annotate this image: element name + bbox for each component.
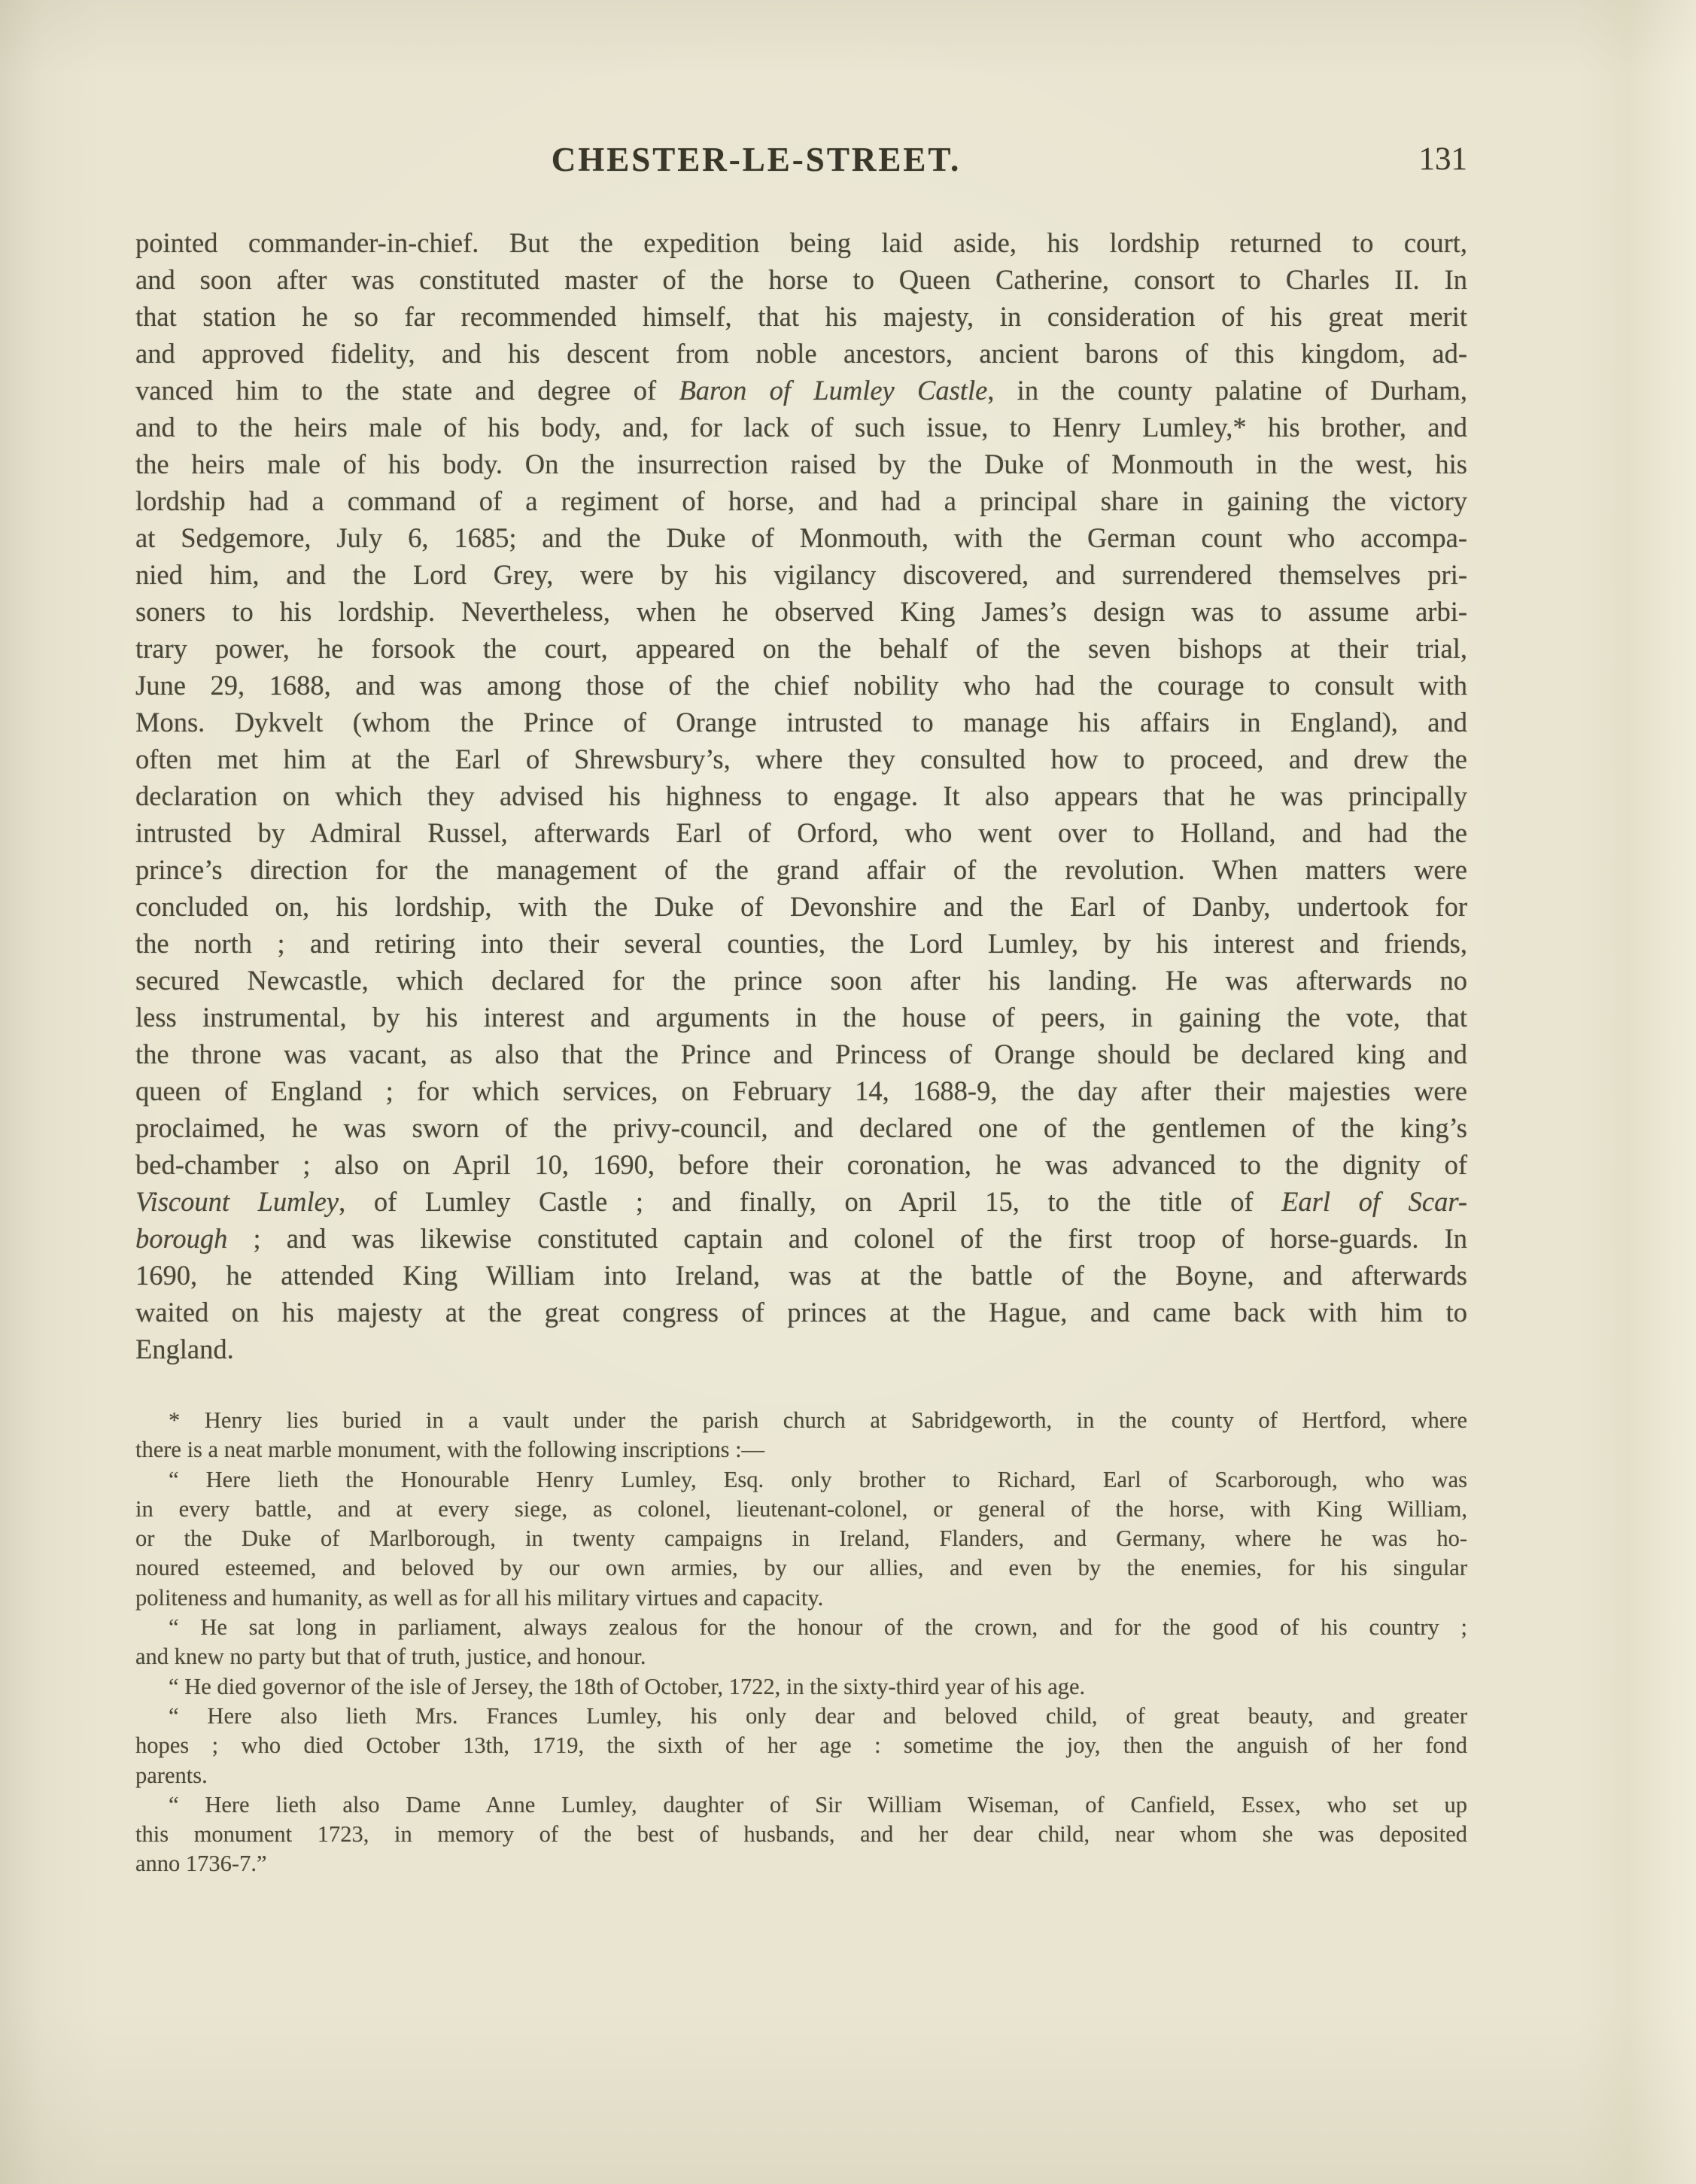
page-header: CHESTER-LE-STREET. 131 (135, 140, 1467, 185)
text-line: England. (135, 1331, 1467, 1367)
text-line: “ Here also lieth Mrs. Frances Lumley, h… (135, 1702, 1467, 1731)
text-line: Mons. Dykvelt (whom the Prince of Orange… (135, 704, 1467, 741)
text-line: politeness and humanity, as well as for … (135, 1583, 1467, 1613)
text-line: * Henry lies buried in a vault under the… (135, 1406, 1467, 1435)
text-line: June 29, 1688, and was among those of th… (135, 667, 1467, 704)
text-line: intrusted by Admiral Russel, afterwards … (135, 814, 1467, 851)
text-line: Viscount Lumley, of Lumley Castle ; and … (135, 1183, 1467, 1220)
text-line: the heirs male of his body. On the insur… (135, 446, 1467, 482)
text-line: “ He died governor of the isle of Jersey… (135, 1672, 1467, 1702)
text-line: nied him, and the Lord Grey, were by his… (135, 556, 1467, 593)
text-line: and approved fidelity, and his descent f… (135, 335, 1467, 372)
text-line: at Sedgemore, July 6, 1685; and the Duke… (135, 519, 1467, 556)
running-head-title: CHESTER-LE-STREET. (90, 140, 1422, 179)
text-line: bed-chamber ; also on April 10, 1690, be… (135, 1146, 1467, 1183)
text-line: waited on his majesty at the great congr… (135, 1294, 1467, 1331)
text-line: and to the heirs male of his body, and, … (135, 409, 1467, 446)
footnote-block: * Henry lies buried in a vault under the… (135, 1406, 1467, 1879)
text-line: parents. (135, 1761, 1467, 1790)
text-line: “ Here lieth also Dame Anne Lumley, daug… (135, 1790, 1467, 1820)
text-line: prince’s direction for the management of… (135, 851, 1467, 888)
main-text-block: pointed commander-in-chief. But the expe… (135, 224, 1467, 1367)
text-line: and soon after was constituted master of… (135, 261, 1467, 298)
text-line: trary power, he forsook the court, appea… (135, 630, 1467, 667)
text-line: that station he so far recommended himse… (135, 298, 1467, 335)
text-line: there is a neat marble monument, with th… (135, 1435, 1467, 1465)
book-page: CHESTER-LE-STREET. 131 pointed commander… (0, 0, 1696, 2184)
text-line: secured Newcastle, which declared for th… (135, 962, 1467, 999)
text-line: anno 1736-7.” (135, 1849, 1467, 1878)
page-number: 131 (1419, 141, 1468, 178)
text-line: vanced him to the state and degree of Ba… (135, 372, 1467, 409)
text-line: “ Here lieth the Honourable Henry Lumley… (135, 1465, 1467, 1495)
text-line: borough ; and was likewise constituted c… (135, 1220, 1467, 1257)
text-line: this monument 1723, in memory of the bes… (135, 1820, 1467, 1849)
text-line: soners to his lordship. Nevertheless, wh… (135, 593, 1467, 630)
text-line: and knew no party but that of truth, jus… (135, 1642, 1467, 1671)
text-line: concluded on, his lordship, with the Duk… (135, 888, 1467, 925)
text-line: in every battle, and at every siege, as … (135, 1495, 1467, 1524)
text-line: the throne was vacant, as also that the … (135, 1036, 1467, 1072)
text-line: often met him at the Earl of Shrewsbury’… (135, 741, 1467, 777)
text-line: or the Duke of Marlborough, in twenty ca… (135, 1524, 1467, 1553)
text-line: proclaimed, he was sworn of the privy-co… (135, 1109, 1467, 1146)
text-line: “ He sat long in parliament, always zeal… (135, 1613, 1467, 1642)
text-line: queen of England ; for which services, o… (135, 1072, 1467, 1109)
text-line: declaration on which they advised his hi… (135, 777, 1467, 814)
text-line: pointed commander-in-chief. But the expe… (135, 224, 1467, 261)
text-line: noured esteemed, and beloved by our own … (135, 1553, 1467, 1583)
text-line: 1690, he attended King William into Irel… (135, 1257, 1467, 1294)
text-line: hopes ; who died October 13th, 1719, the… (135, 1731, 1467, 1760)
text-line: lordship had a command of a regiment of … (135, 482, 1467, 519)
text-line: the north ; and retiring into their seve… (135, 925, 1467, 962)
text-line: less instrumental, by his interest and a… (135, 999, 1467, 1036)
